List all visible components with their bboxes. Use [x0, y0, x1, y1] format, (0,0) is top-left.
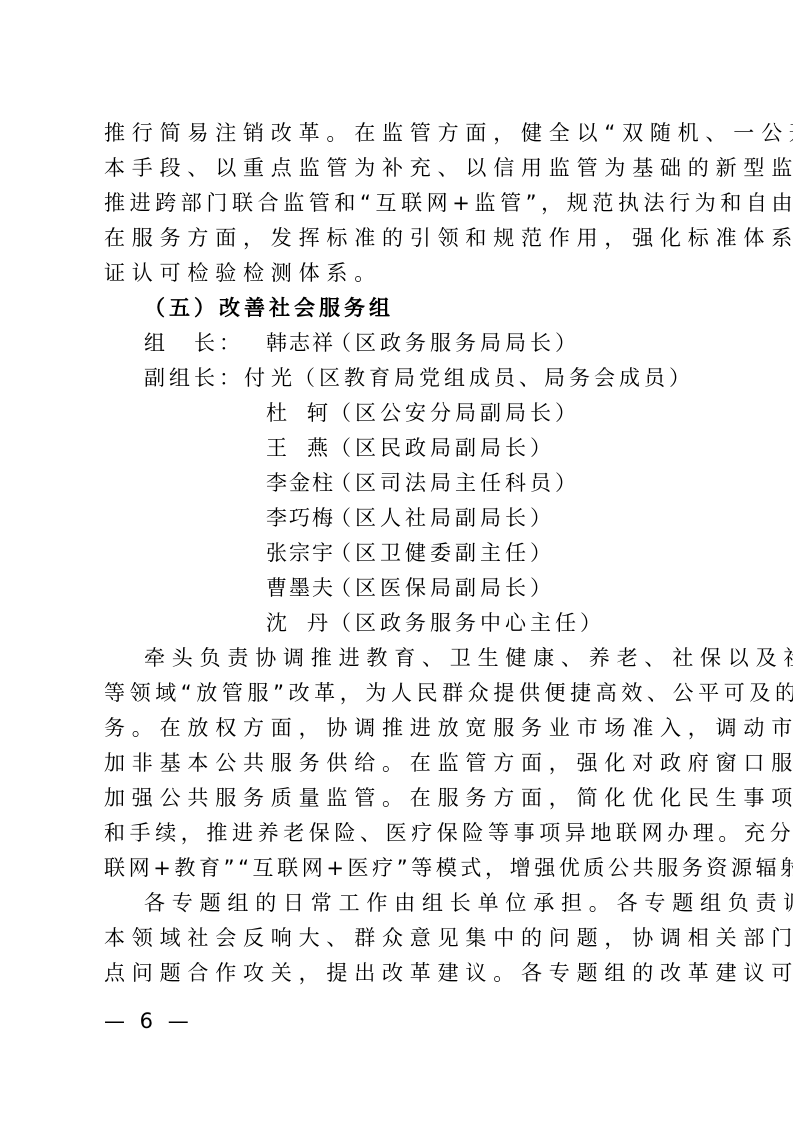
member-name: 李巧梅: [266, 503, 330, 538]
paragraph-line: 各专题组的日常工作由组长单位承担。各专题组负责调查研究: [104, 888, 694, 923]
paragraph-line: 推行简易注销改革。在监管方面，健全以“双随机、一公开”监管为基: [104, 118, 694, 153]
member-title: （区政务服务局局长）: [330, 328, 580, 363]
paragraph-line: 本手段、以重点监管为补充、以信用监管为基础的新型监管机制，: [104, 153, 694, 188]
member-title: （区政务服务中心主任）: [330, 608, 605, 643]
section-heading: （五）改善社会服务组: [104, 293, 694, 328]
paragraph-line: 联网+教育”“互联网+医疗”等模式，增强优质公共服务资源辐射效应。: [104, 853, 694, 888]
deputy-row: 张宗宇 （区卫健委副主任）: [104, 538, 694, 573]
member-name: 曹墨夫: [266, 573, 330, 608]
paragraph-line: 本领域社会反响大、群众意见集中的问题，协调相关部门对重点难: [104, 923, 694, 958]
member-name: 李金柱: [266, 468, 330, 503]
deputy-row: 李金柱 （区司法局主任科员）: [104, 468, 694, 503]
deputy-row: 沈丹 （区政务服务中心主任）: [104, 608, 694, 643]
paragraph-line: 务。在放权方面，协调推进放宽服务业市场准入，调动市场力量增: [104, 713, 694, 748]
member-title: （区民政局副局长）: [330, 433, 555, 468]
page-number: — 6 —: [104, 1009, 193, 1033]
member-name: 张宗宇: [266, 538, 330, 573]
paragraph-line: 牵头负责协调推进教育、卫生健康、养老、社保以及社会管理: [104, 643, 694, 678]
member-name: 沈丹: [266, 608, 330, 643]
member-title: （区公安分局副局长）: [330, 398, 580, 433]
paragraph-line: 加非基本公共服务供给。在监管方面，强化对政府窗口服务的监督，: [104, 748, 694, 783]
member-title: （区人社局副局长）: [330, 503, 555, 538]
member-name: 韩志祥: [266, 328, 330, 363]
paragraph-line: 推进跨部门联合监管和“互联网+监管”，规范执法行为和自由裁量权。: [104, 188, 694, 223]
member-title: （区卫健委副主任）: [330, 538, 555, 573]
deputy-row: 杜轲 （区公安分局副局长）: [104, 398, 694, 433]
member-name: 王燕: [266, 433, 330, 468]
role-label: 组 长：: [104, 328, 266, 363]
member-name: 付光: [244, 363, 294, 398]
deputy-row: 副组长： 付光 （区教育局党组成员、局务会成员）: [104, 363, 694, 398]
member-title: （区司法局主任科员）: [330, 468, 580, 503]
paragraph-line: 在服务方面，发挥标准的引领和规范作用，强化标准体系，健全认: [104, 223, 694, 258]
paragraph-line: 证认可检验检测体系。: [104, 258, 694, 293]
member-title: （区医保局副局长）: [330, 573, 555, 608]
deputy-row: 曹墨夫 （区医保局副局长）: [104, 573, 694, 608]
paragraph-line: 点问题合作攻关，提出改革建议。各专题组的改革建议可在请示区: [104, 958, 694, 993]
role-label: 副组长：: [104, 363, 244, 398]
paragraph-line: 和手续，推进养老保险、医疗保险等事项异地联网办理。充分运用“互: [104, 818, 694, 853]
document-page: 推行简易注销改革。在监管方面，健全以“双随机、一公开”监管为基 本手段、以重点监…: [104, 118, 694, 993]
leader-row: 组 长： 韩志祥 （区政务服务局局长）: [104, 328, 694, 363]
member-title: （区教育局党组成员、局务会成员）: [294, 363, 694, 398]
deputy-row: 李巧梅 （区人社局副局长）: [104, 503, 694, 538]
paragraph-line: 加强公共服务质量监管。在服务方面，简化优化民生事项办理流程: [104, 783, 694, 818]
deputy-row: 王燕 （区民政局副局长）: [104, 433, 694, 468]
member-name: 杜轲: [266, 398, 330, 433]
paragraph-line: 等领域“放管服”改革，为人民群众提供便捷高效、公平可及的公共服: [104, 678, 694, 713]
